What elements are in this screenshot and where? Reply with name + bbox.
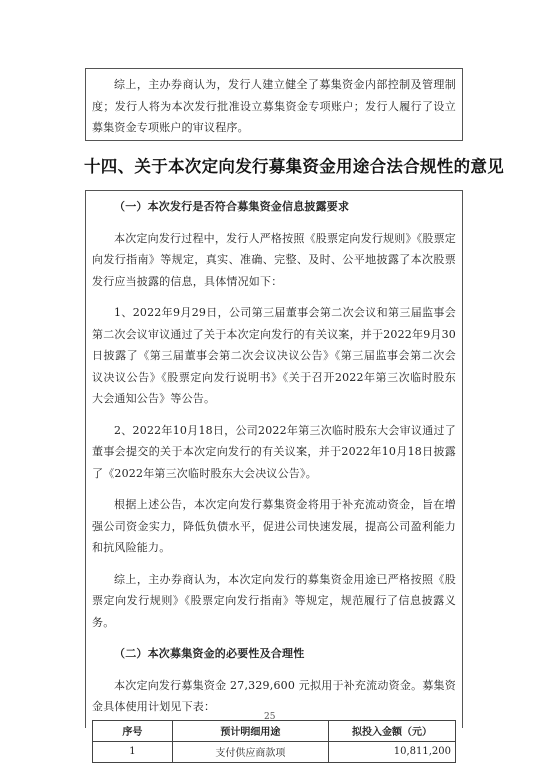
conclusion-paragraph: 综上，主办券商认为，发行人建立健全了募集资金内部控制及管理制度；发行人将为本次发… [92, 74, 456, 139]
cell-index: 1 [93, 741, 173, 762]
subsection-1-title: （一）本次发行是否符合募集资金信息披露要求 [92, 196, 456, 218]
cell-purpose: 支付供应商款项 [172, 741, 328, 762]
conclusion-box: 综上，主办券商认为，发行人建立健全了募集资金内部控制及管理制度；发行人将为本次发… [85, 68, 463, 141]
table-header-row: 序号 预计明细用途 拟投入金额（元） [93, 720, 456, 741]
content-box: （一）本次发行是否符合募集资金信息披露要求 本次定向发行过程中，发行人严格按照《… [85, 190, 463, 728]
header-index: 序号 [93, 720, 173, 741]
section-heading: 十四、关于本次定向发行募集资金用途合法合规性的意见 [84, 153, 504, 177]
page-number: 25 [264, 712, 275, 722]
paragraph-item-1: 1、2022年9月29日，公司第三届董事会第二次会议和第三届监事会第二次会议审议… [92, 302, 456, 410]
paragraph-intro: 本次定向发行过程中，发行人严格按照《股票定向发行规则》《股票定向发行指南》等规定… [92, 228, 456, 293]
header-purpose: 预计明细用途 [172, 720, 328, 741]
cell-amount: 10,811,200 [328, 741, 455, 762]
header-amount: 拟投入金额（元） [328, 720, 455, 741]
paragraph-item-2: 2、2022年10月18日，公司2022年第三次临时股东大会审议通过了董事会提交… [92, 420, 456, 485]
funds-usage-table: 序号 预计明细用途 拟投入金额（元） 1 支付供应商款项 10,811,200 [92, 720, 456, 763]
table-row: 1 支付供应商款项 10,811,200 [93, 741, 456, 762]
subsection-2-title: （二）本次募集资金的必要性及合理性 [92, 643, 456, 665]
paragraph-summary: 根据上述公告，本次定向发行募集资金将用于补充流动资金，旨在增强公司资金实力，降低… [92, 494, 456, 559]
paragraph-conclusion: 综上，主办券商认为，本次定向发行的募集资金用途已严格按照《股票定向发行规则》《股… [92, 569, 456, 634]
